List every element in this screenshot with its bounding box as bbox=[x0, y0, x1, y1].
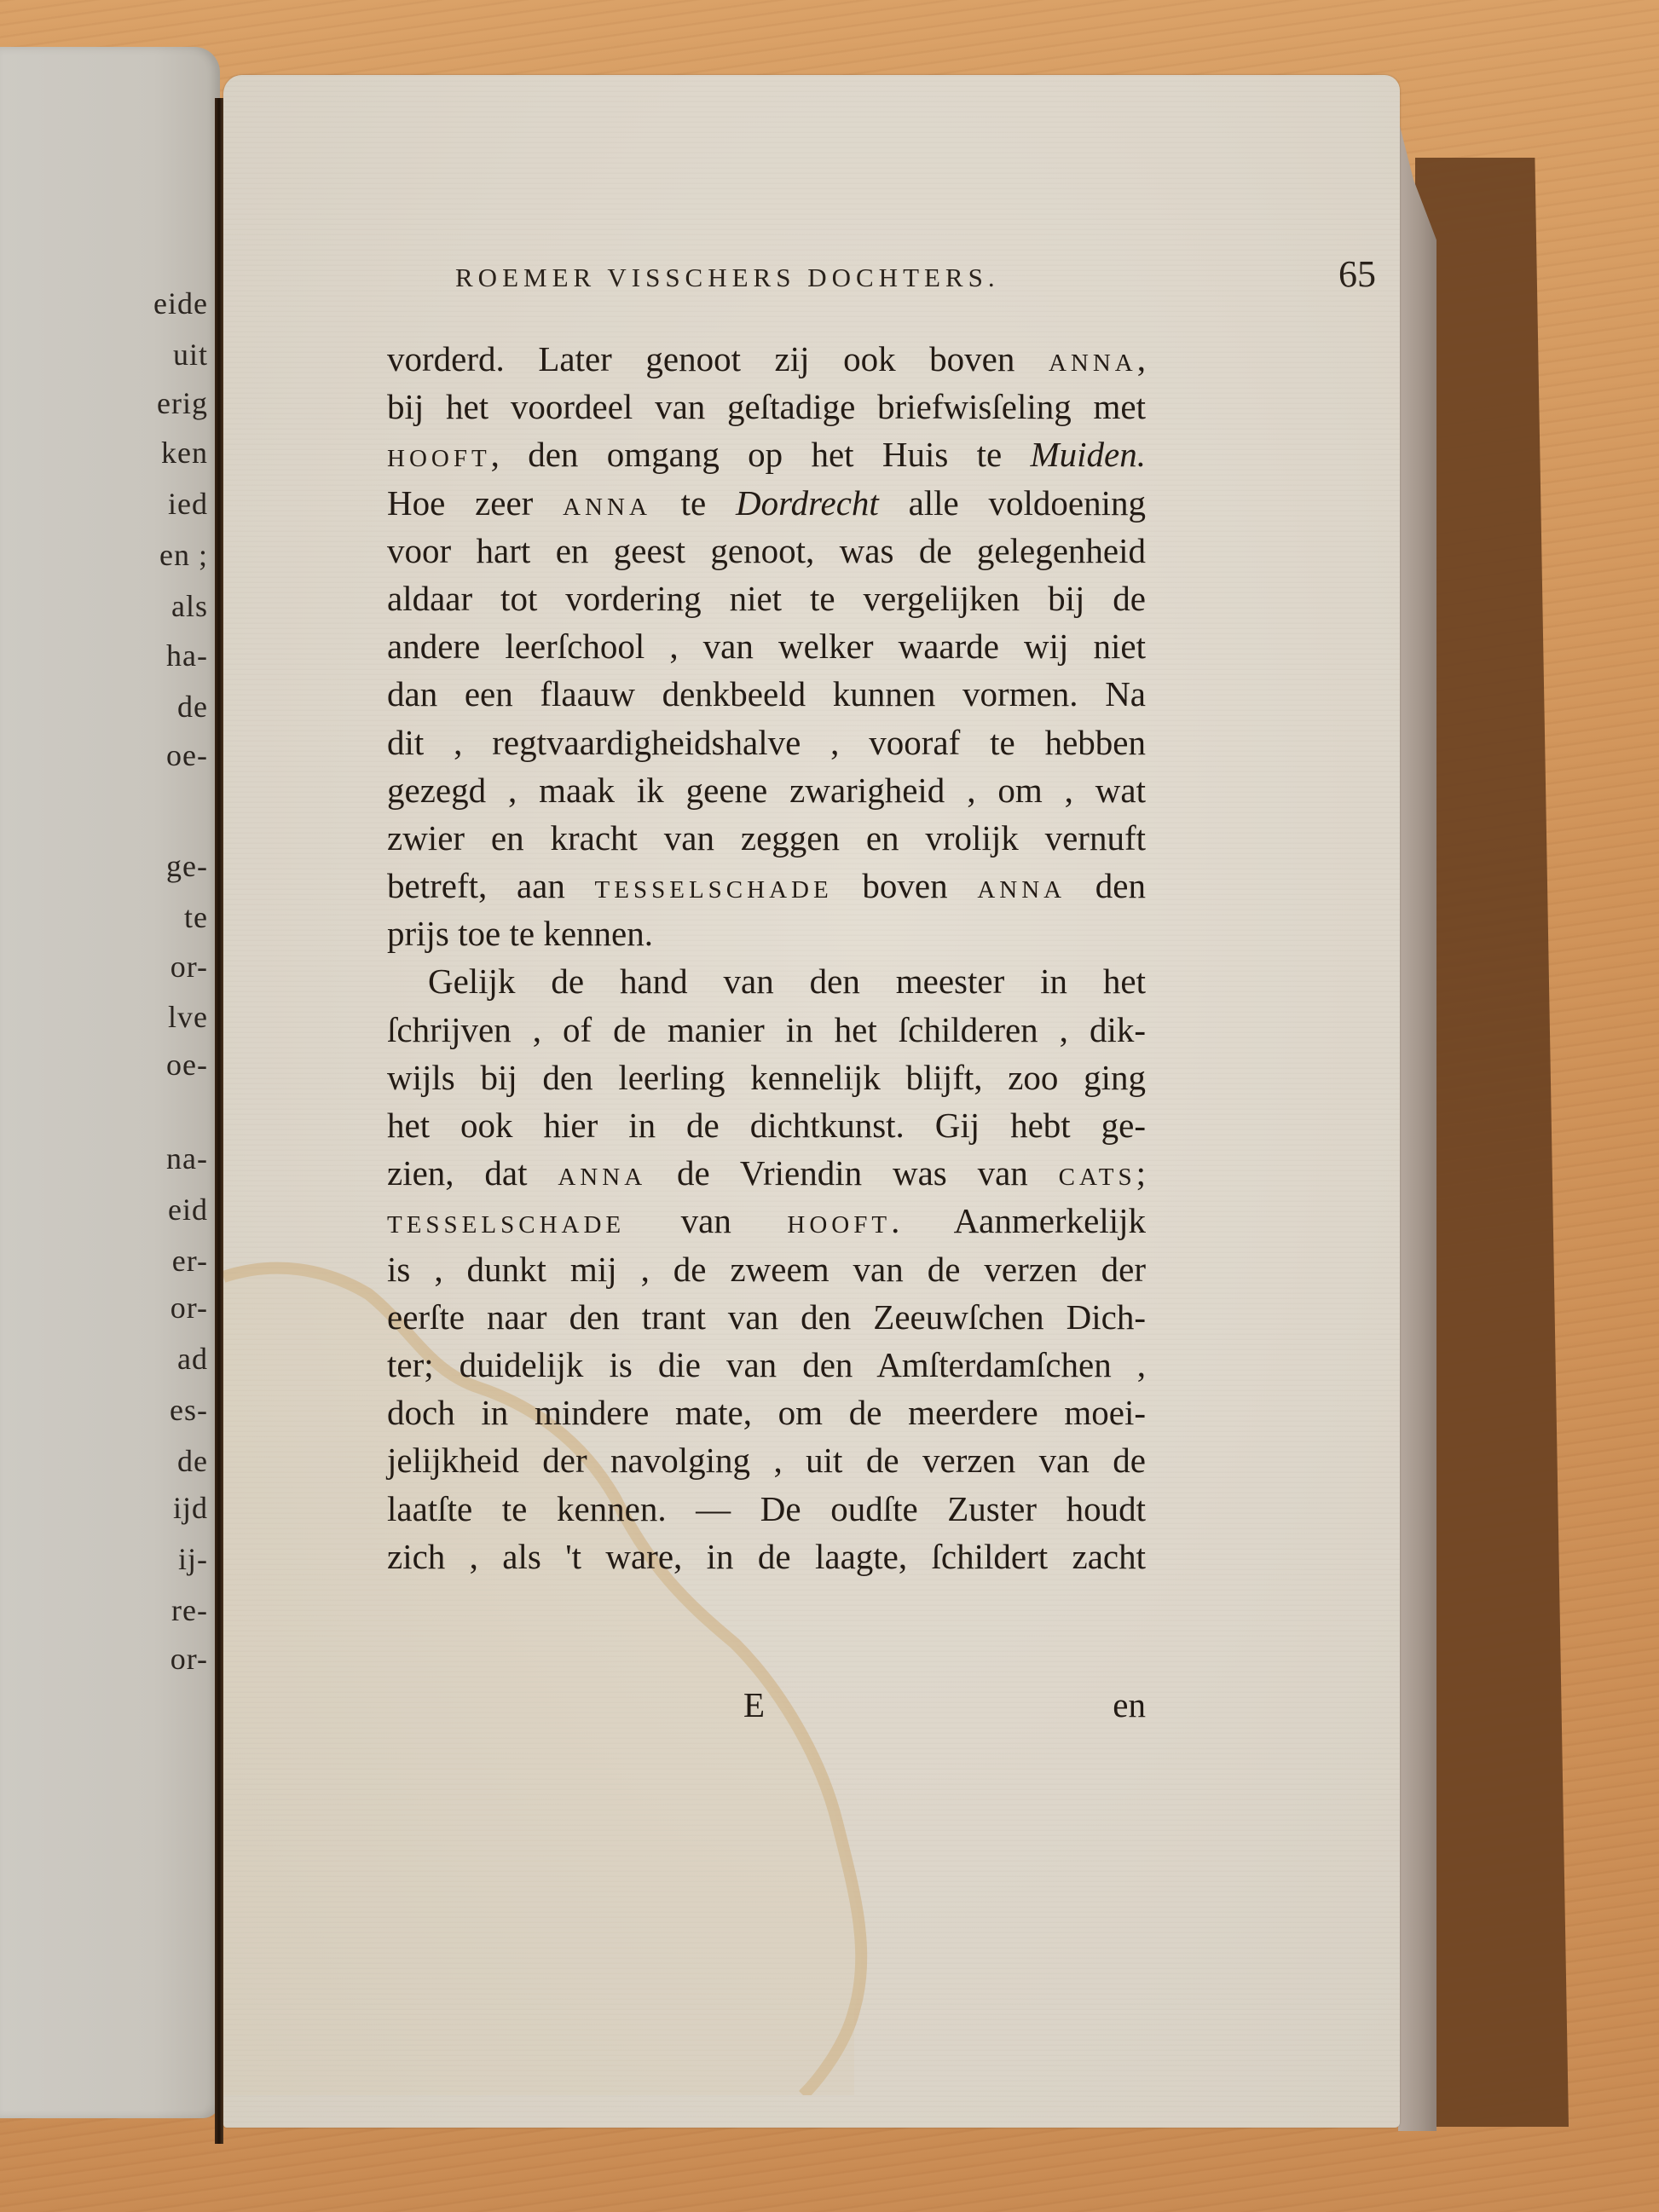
small-caps-name: CATS bbox=[1059, 1164, 1136, 1191]
left-page-text-fragment: or- bbox=[171, 1290, 208, 1325]
small-caps-name: ANNA bbox=[977, 876, 1066, 904]
text-segment: van bbox=[625, 1201, 787, 1240]
text-line: TESSELSCHADE van HOOFT. Aanmerkelijk bbox=[387, 1197, 1146, 1245]
book-gutter bbox=[215, 98, 223, 2144]
text-segment: vorderd. Later genoot zij ook boven bbox=[387, 339, 1049, 378]
running-head-title: ROEMER VISSCHERS DOCHTERS. bbox=[455, 263, 1000, 293]
left-page-text-fragment: na- bbox=[166, 1141, 208, 1176]
left-page-text-fragment: ge- bbox=[166, 848, 208, 884]
left-page-text-fragment: ha- bbox=[166, 638, 208, 673]
left-page-text-fragment: uit bbox=[173, 337, 208, 373]
text-segment: zien, dat bbox=[387, 1153, 558, 1193]
left-page-text-fragment: te bbox=[184, 899, 208, 935]
left-page-text-fragment: de bbox=[177, 1443, 208, 1479]
left-page-text-fragment: en ; bbox=[159, 537, 208, 573]
running-head: ROEMER VISSCHERS DOCHTERS. 65 bbox=[455, 252, 1376, 296]
small-caps-name: ANNA bbox=[1049, 349, 1137, 377]
text-segment: jelijkheid der navolging , uit de verzen… bbox=[387, 1441, 1146, 1480]
small-caps-name: ANNA bbox=[563, 494, 651, 521]
text-segment: te bbox=[651, 483, 736, 523]
left-page-text-fragment: or- bbox=[171, 1641, 208, 1677]
left-page-text-fragment: er- bbox=[172, 1243, 208, 1279]
text-segment: zwier en kracht van zeggen en vrolijk ve… bbox=[387, 818, 1146, 858]
text-line: Hoe zeer ANNA te Dordrecht alle voldoeni… bbox=[387, 479, 1146, 527]
catchword: en bbox=[1113, 1684, 1146, 1725]
left-page-text-fragment: erig bbox=[157, 385, 208, 421]
text-line: zich , als 't ware, in de laagte, ſchild… bbox=[387, 1533, 1146, 1580]
italic-place-name: Muiden. bbox=[1031, 435, 1147, 474]
text-segment: dan een flaauw denkbeeld kunnen vormen. … bbox=[387, 674, 1146, 713]
left-page-text-fragment: re- bbox=[171, 1592, 208, 1628]
text-segment: aldaar tot vordering niet te vergelijken… bbox=[387, 579, 1146, 618]
text-segment: Gelijk de hand van den meester in het bbox=[428, 962, 1146, 1001]
text-segment: gezegd , maak ik geene zwarigheid , om ,… bbox=[387, 771, 1146, 810]
left-page-text-fragment: ij- bbox=[178, 1541, 208, 1577]
left-page-text-fragment: ken bbox=[161, 435, 208, 471]
text-line: HOOFT, den omgang op het Huis te Muiden. bbox=[387, 430, 1146, 478]
text-line: bij het voordeel van geſtadige briefwisſ… bbox=[387, 383, 1146, 430]
text-line: het ook hier in de dichtkunst. Gij hebt … bbox=[387, 1101, 1146, 1149]
text-line: ſchrijven , of de manier in het ſchilder… bbox=[387, 1006, 1146, 1054]
text-segment: den bbox=[1066, 866, 1146, 905]
text-segment: zich , als 't ware, in de laagte, ſchild… bbox=[387, 1537, 1146, 1576]
left-page: eideuiterigkenieden ;alsha-deoe-ge-teor-… bbox=[0, 47, 220, 2118]
text-segment: boven bbox=[833, 866, 978, 905]
text-segment: ſchrijven , of de manier in het ſchilder… bbox=[387, 1010, 1146, 1049]
left-page-text-fragment: de bbox=[177, 689, 208, 725]
text-segment: andere leerſchool , van welker waarde wi… bbox=[387, 627, 1146, 666]
small-caps-name: ANNA bbox=[558, 1164, 646, 1191]
text-segment: de Vriendin was van bbox=[646, 1153, 1059, 1193]
left-page-text-fragment: oe- bbox=[166, 1047, 208, 1083]
page-footer: E en bbox=[387, 1684, 1146, 1736]
left-page-text-fragment: oe- bbox=[166, 737, 208, 773]
text-line: voor hart en geest genoot, was de gelege… bbox=[387, 527, 1146, 575]
text-segment: betreft, aan bbox=[387, 866, 595, 905]
body-text: vorderd. Later genoot zij ook boven ANNA… bbox=[387, 335, 1146, 1580]
text-line: dit , regtvaardigheidshalve , vooraf te … bbox=[387, 719, 1146, 766]
text-line: prijs toe te kennen. bbox=[387, 910, 1146, 957]
text-segment: Hoe zeer bbox=[387, 483, 563, 523]
text-line: jelijkheid der navolging , uit de verzen… bbox=[387, 1436, 1146, 1484]
signature-mark: E bbox=[743, 1684, 765, 1725]
left-page-text-fragment: ijd bbox=[173, 1490, 208, 1526]
italic-place-name: Dordrecht bbox=[736, 483, 879, 523]
text-segment: prijs toe te kennen. bbox=[387, 914, 653, 953]
text-line: ter; duidelijk is die van den Amſterdamſ… bbox=[387, 1341, 1146, 1389]
small-caps-name: TESSELSCHADE bbox=[387, 1211, 625, 1239]
text-line: eerſte naar den trant van den Zeeuwſchen… bbox=[387, 1293, 1146, 1341]
text-segment: , den omgang op het Huis te bbox=[491, 435, 1031, 474]
text-segment: . Aanmerkelijk bbox=[891, 1201, 1146, 1240]
right-page: ROEMER VISSCHERS DOCHTERS. 65 vorderd. L… bbox=[223, 75, 1400, 2128]
left-page-text-fragment: lve bbox=[168, 999, 208, 1035]
text-segment: eerſte naar den trant van den Zeeuwſchen… bbox=[387, 1297, 1146, 1337]
text-segment: ter; duidelijk is die van den Amſterdamſ… bbox=[387, 1345, 1146, 1384]
text-segment: ; bbox=[1136, 1153, 1146, 1193]
small-caps-name: HOOFT bbox=[787, 1211, 891, 1239]
text-line: Gelijk de hand van den meester in het bbox=[387, 957, 1146, 1005]
left-page-text-fragment: eid bbox=[168, 1192, 208, 1227]
text-segment: alle voldoening bbox=[879, 483, 1146, 523]
text-segment: dit , regtvaardigheidshalve , vooraf te … bbox=[387, 723, 1146, 762]
text-line: vorderd. Later genoot zij ook boven ANNA… bbox=[387, 335, 1146, 383]
text-line: zien, dat ANNA de Vriendin was van CATS; bbox=[387, 1149, 1146, 1197]
small-caps-name: TESSELSCHADE bbox=[595, 876, 833, 904]
text-line: aldaar tot vordering niet te vergelijken… bbox=[387, 575, 1146, 622]
page-block-edge bbox=[1398, 119, 1436, 2131]
text-segment: doch in mindere mate, om de meerdere moe… bbox=[387, 1393, 1146, 1432]
small-caps-name: HOOFT bbox=[387, 445, 491, 472]
text-line: wijls bij den leerling kennelijk blijft,… bbox=[387, 1054, 1146, 1101]
left-page-text-fragment: eide bbox=[153, 286, 208, 321]
text-line: gezegd , maak ik geene zwarigheid , om ,… bbox=[387, 766, 1146, 814]
left-page-text-fragment: als bbox=[171, 588, 208, 624]
left-page-text-fragment: ad bbox=[177, 1341, 208, 1377]
text-segment: , bbox=[1137, 339, 1146, 378]
text-segment: voor hart en geest genoot, was de gelege… bbox=[387, 531, 1146, 570]
page-number: 65 bbox=[1338, 252, 1376, 296]
left-page-text-fragment: or- bbox=[171, 949, 208, 985]
left-page-text-fragment: ied bbox=[168, 486, 208, 522]
text-line: andere leerſchool , van welker waarde wi… bbox=[387, 622, 1146, 670]
text-segment: is , dunkt mij , de zweem van de verzen … bbox=[387, 1250, 1146, 1289]
text-line: dan een flaauw denkbeeld kunnen vormen. … bbox=[387, 670, 1146, 718]
text-line: doch in mindere mate, om de meerdere moe… bbox=[387, 1389, 1146, 1436]
text-line: is , dunkt mij , de zweem van de verzen … bbox=[387, 1245, 1146, 1293]
text-line: zwier en kracht van zeggen en vrolijk ve… bbox=[387, 814, 1146, 862]
text-segment: het ook hier in de dichtkunst. Gij hebt … bbox=[387, 1106, 1146, 1145]
text-segment: bij het voordeel van geſtadige briefwisſ… bbox=[387, 387, 1146, 426]
text-line: laatſte te kennen. — De oudſte Zuster ho… bbox=[387, 1485, 1146, 1533]
text-line: betreft, aan TESSELSCHADE boven ANNA den bbox=[387, 862, 1146, 910]
left-page-text-fragment: es- bbox=[170, 1392, 208, 1428]
text-segment: laatſte te kennen. — De oudſte Zuster ho… bbox=[387, 1489, 1146, 1528]
text-segment: wijls bij den leerling kennelijk blijft,… bbox=[387, 1058, 1146, 1097]
